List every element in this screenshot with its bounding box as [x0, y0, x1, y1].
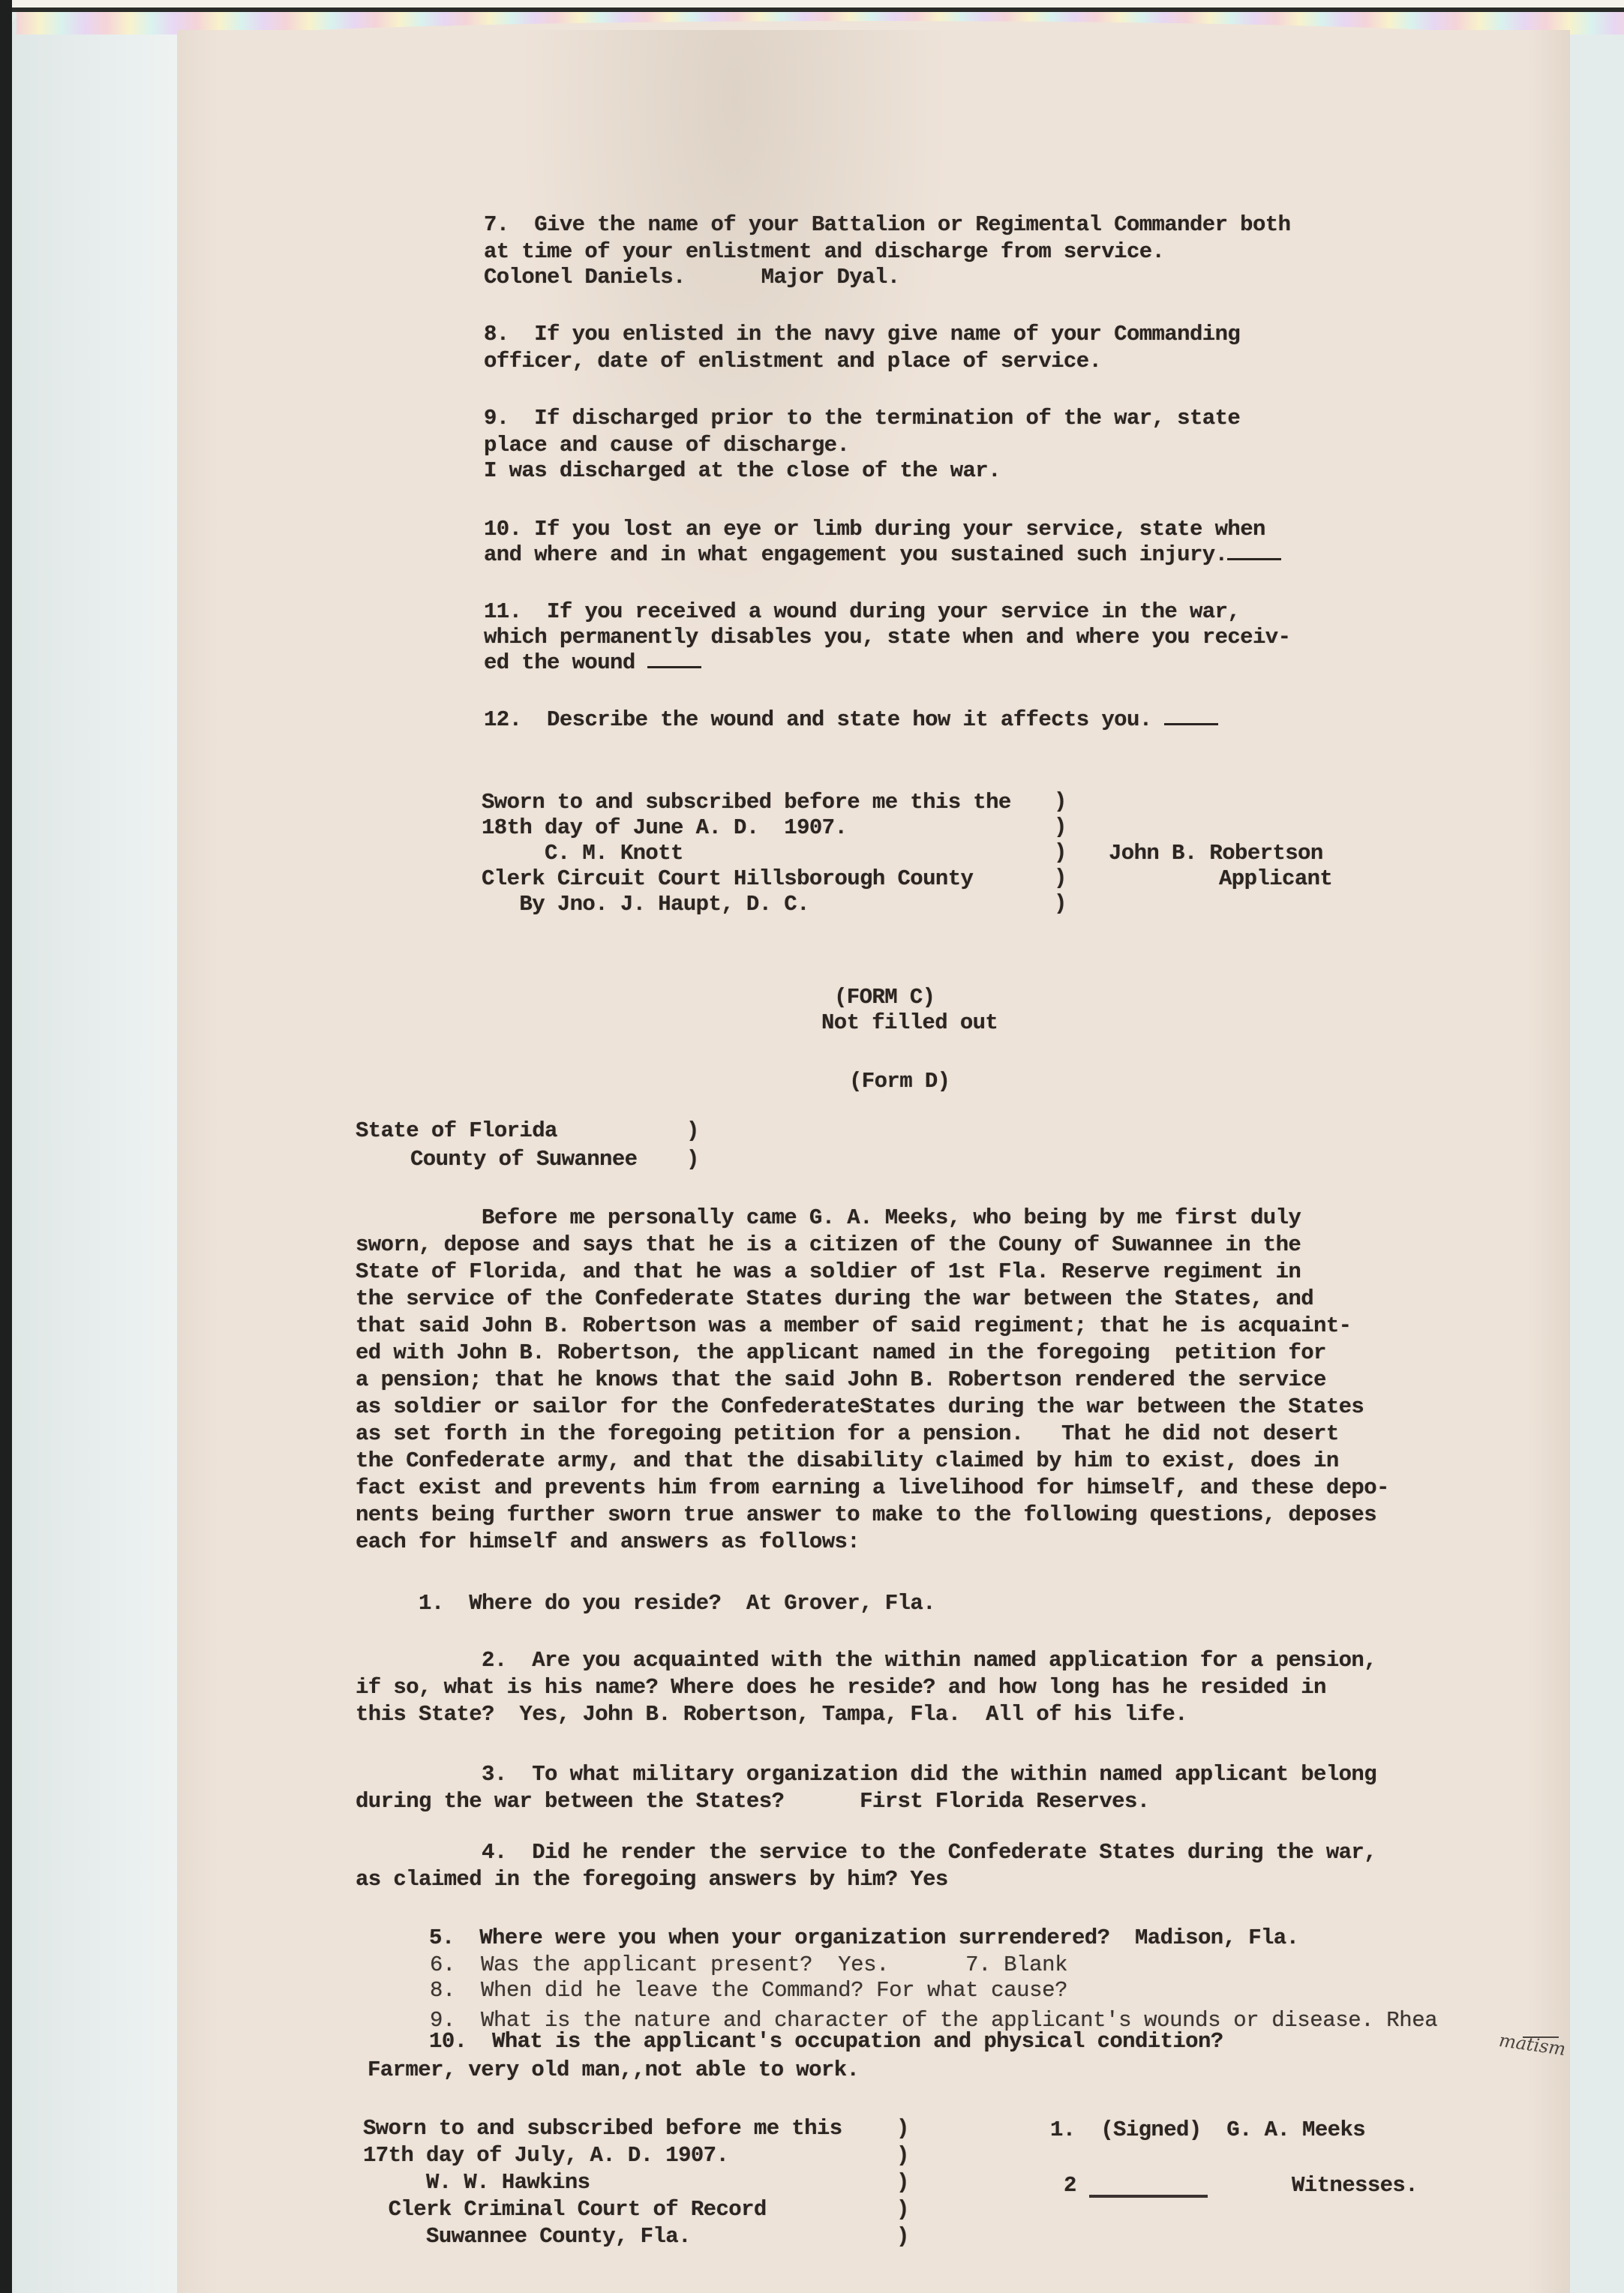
- witness-label: Witnesses.: [1292, 2172, 1418, 2199]
- witness-2-number: 2: [1064, 2172, 1076, 2199]
- affidavit-line: the service of the Confederate States du…: [356, 1286, 1313, 1313]
- question-8-line-2: officer, date of enlistment and place of…: [484, 348, 1101, 375]
- form-d-question-4-answer: as claimed in the foregoing answers by h…: [356, 1866, 948, 1893]
- form-d-question-1: 1. Where do you reside? At Grover, Fla.: [356, 1590, 935, 1617]
- oath-line-1: Sworn to and subscribed before me this t…: [482, 789, 1011, 816]
- answer-blank: [1227, 558, 1281, 560]
- affidavit-line: Before me personally came G. A. Meeks, w…: [356, 1205, 1301, 1232]
- question-10: 10. If you lost an eye or limb during yo…: [484, 516, 1265, 543]
- question-9: 9. If discharged prior to the terminatio…: [484, 405, 1240, 432]
- venue-state: State of Florida: [356, 1118, 557, 1145]
- form-d-question-6-7: 6. Was the applicant present? Yes. 7. Bl…: [366, 1952, 1067, 1979]
- witness-oath-county: Suwannee County, Fla.: [363, 2223, 691, 2250]
- form-d-question-4: 4. Did he render the service to the Conf…: [356, 1839, 1376, 1866]
- affidavit-line: nents being further sworn true answer to…: [356, 1502, 1376, 1529]
- bracket-column: ) ) ) ) ): [1054, 789, 1067, 917]
- affidavit-line: as set forth in the foregoing petition f…: [356, 1421, 1339, 1448]
- witness-oath-line-2: 17th day of July, A. D. 1907.: [363, 2142, 728, 2169]
- form-d-question-5: 5. Where were you when your organization…: [366, 1925, 1298, 1952]
- form-c-status: Not filled out: [821, 1010, 998, 1037]
- applicant-signature: John B. Robertson: [1109, 840, 1323, 867]
- scanner-edge-left: [0, 0, 12, 2293]
- form-d-question-8: 8. When did he leave the Command? For wh…: [366, 1977, 1067, 2004]
- affidavit-line: that said John B. Robertson was a member…: [356, 1313, 1351, 1340]
- applicant-role: Applicant: [1219, 866, 1332, 893]
- form-d-question-2: 2. Are you acquainted with the within na…: [356, 1647, 1376, 1674]
- witness-oath-clerk: W. W. Hawkins: [363, 2169, 590, 2196]
- question-8: 8. If you enlisted in the navy give name…: [484, 321, 1240, 348]
- witness-oath-line-1: Sworn to and subscribed before me this: [363, 2115, 842, 2142]
- scanner-bed-left: [12, 15, 177, 2293]
- oath-deputy: By Jno. J. Haupt, D. C.: [482, 891, 809, 918]
- question-7-line-2: at time of your enlistment and discharge…: [484, 239, 1164, 266]
- oath-clerk-title: Clerk Circuit Court Hillsborough County: [482, 866, 973, 893]
- form-d-question-10: 10. What is the applicant's occupation a…: [366, 2028, 1223, 2055]
- form-d-question-3: 3. To what military organization did the…: [356, 1761, 1376, 1788]
- question-7: 7. Give the name of your Battalion or Re…: [484, 212, 1290, 239]
- witness-1-signature: 1. (Signed) G. A. Meeks: [1050, 2117, 1365, 2144]
- question-12: 12. Describe the wound and state how it …: [484, 707, 1218, 734]
- witness-2-blank: [1089, 2195, 1208, 2198]
- question-9-answer: I was discharged at the close of the war…: [484, 458, 1001, 485]
- venue-bracket-2: ): [686, 1146, 699, 1173]
- venue-bracket-1: ): [686, 1118, 699, 1145]
- affidavit-line: fact exist and prevents him from earning…: [356, 1475, 1389, 1502]
- answer-blank: [647, 666, 701, 668]
- question-7-answer: Colonel Daniels. Major Dyal.: [484, 264, 900, 291]
- form-d-question-2-answer: this State? Yes, John B. Robertson, Tamp…: [356, 1701, 1187, 1728]
- witness-oath-court: Clerk Criminal Court of Record: [363, 2196, 767, 2223]
- form-d-question-2-line-2: if so, what is his name? Where does he r…: [356, 1674, 1326, 1701]
- question-11-line-2: which permanently disables you, state wh…: [484, 624, 1290, 651]
- question-11-line-3: ed the wound: [484, 650, 701, 677]
- form-d-question-3-answer: during the war between the States? First…: [356, 1788, 1150, 1815]
- form-d-title: (Form D): [849, 1068, 950, 1095]
- affidavit-line: ed with John B. Robertson, the applicant…: [356, 1340, 1326, 1367]
- question-10-line-2: and where and in what engagement you sus…: [484, 542, 1281, 569]
- venue-county: County of Suwannee: [410, 1146, 637, 1173]
- oath-line-2: 18th day of June A. D. 1907.: [482, 815, 847, 842]
- form-c-title: (FORM C): [834, 984, 935, 1011]
- answer-blank: [1164, 723, 1218, 725]
- witness-bracket-column: ) ) ) ) ): [896, 2115, 909, 2250]
- affidavit-line: as soldier or sailor for the Confederate…: [356, 1394, 1364, 1421]
- scanner-bed-right: [1570, 30, 1624, 2293]
- affidavit-line: sworn, depose and says that he is a citi…: [356, 1232, 1301, 1259]
- question-9-line-2: place and cause of discharge.: [484, 432, 849, 459]
- affidavit-line: a pension; that he knows that the said J…: [356, 1367, 1326, 1394]
- affidavit-line: the Confederate army, and that the disab…: [356, 1448, 1339, 1475]
- oath-clerk-name: C. M. Knott: [482, 840, 683, 867]
- affidavit-line: each for himself and answers as follows:: [356, 1529, 860, 1556]
- affidavit-line: State of Florida, and that he was a sold…: [356, 1259, 1301, 1286]
- question-11: 11. If you received a wound during your …: [484, 599, 1240, 626]
- form-d-question-10-answer: Farmer, very old man,,not able to work.: [368, 2057, 859, 2084]
